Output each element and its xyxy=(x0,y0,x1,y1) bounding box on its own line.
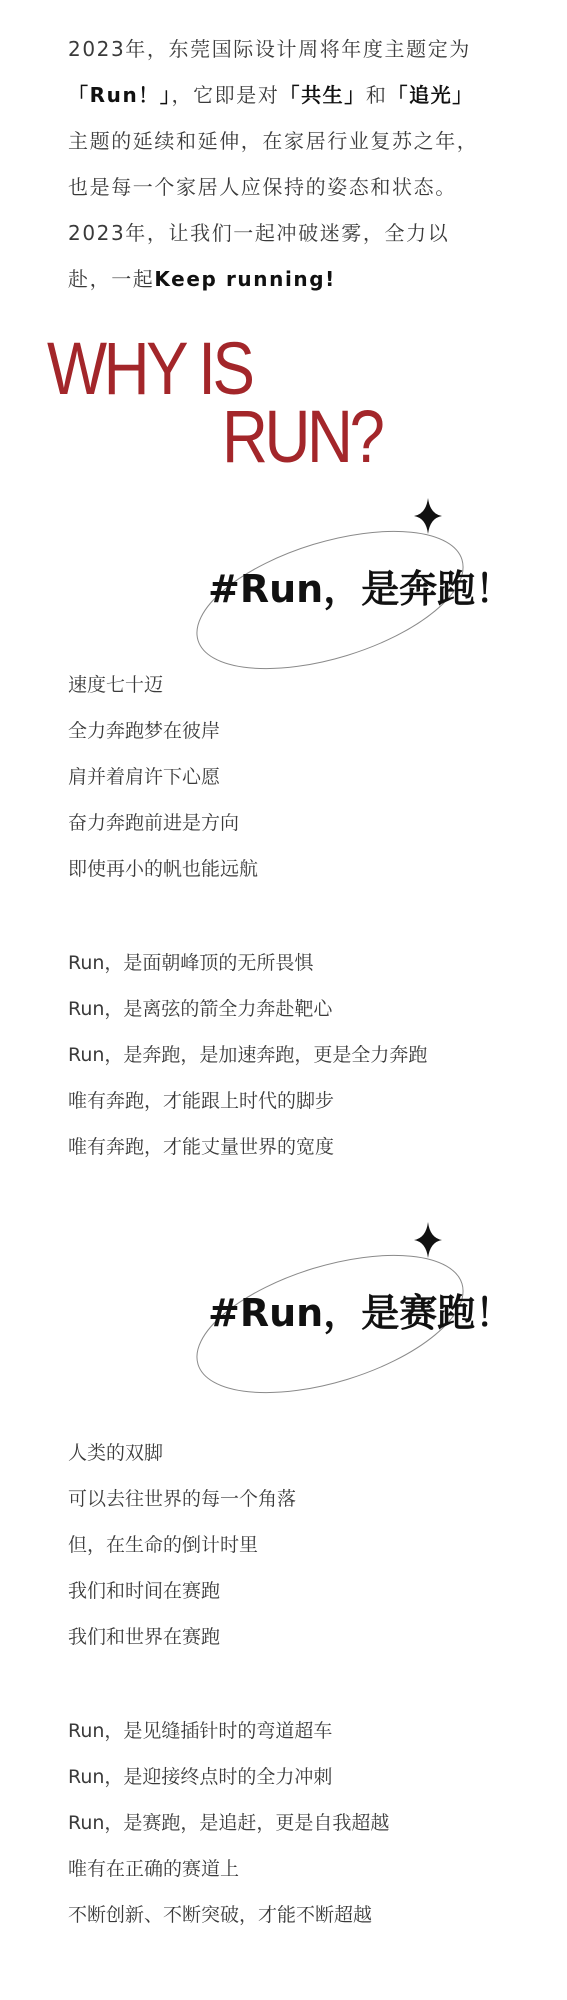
poem-line: Run，是赛跑，是追赶，更是自我超越 xyxy=(68,1800,389,1846)
stanza-gap xyxy=(68,892,427,940)
intro-text: 赴，一起 xyxy=(68,267,154,291)
intro-text: 也是每一个家居人应保持的姿态和状态。 xyxy=(68,175,457,199)
intro-text: 2023年，东莞国际设计周将年度主题定为 xyxy=(68,37,471,61)
intro-paragraph: 2023年，东莞国际设计周将年度主题定为 「Run！」，它即是对「共生」和「追光… xyxy=(68,26,518,302)
intro-line: 「Run！」，它即是对「共生」和「追光」 xyxy=(68,72,518,118)
intro-bold-keep-running: Keep running! xyxy=(154,267,335,291)
poem-line: 速度七十迈 xyxy=(68,662,427,708)
poem-line: Run，是迎接终点时的全力冲刺 xyxy=(68,1754,389,1800)
intro-line: 也是每一个家居人应保持的姿态和状态。 xyxy=(68,164,518,210)
intro-bold-gongsheng: 「共生」 xyxy=(279,83,365,107)
poem-line: 不断创新、不断突破，才能不断超越 xyxy=(68,1892,389,1938)
poem-line: 唯有在正确的赛道上 xyxy=(68,1846,389,1892)
heading-run: RUN? xyxy=(222,402,382,472)
intro-text: 主题的延续和延伸，在家居行业复苏之年， xyxy=(68,129,478,153)
section-badge-racing: #Run，是赛跑！ xyxy=(180,1216,540,1396)
intro-bold-run: 「Run！」 xyxy=(68,83,171,107)
section-title: #Run，是奔跑！ xyxy=(208,558,513,613)
poem-line: 唯有奔跑，才能丈量世界的宽度 xyxy=(68,1124,427,1170)
intro-line: 主题的延续和延伸，在家居行业复苏之年， xyxy=(68,118,518,164)
poem-line: 我们和世界在赛跑 xyxy=(68,1614,389,1660)
poem-section-running: 速度七十迈 全力奔跑梦在彼岸 肩并着肩许下心愿 奋力奔跑前进是方向 即使再小的帆… xyxy=(68,662,427,1170)
poem-line: Run，是见缝插针时的弯道超车 xyxy=(68,1708,389,1754)
intro-line: 2023年，让我们一起冲破迷雾，全力以 xyxy=(68,210,518,256)
poem-line: 唯有奔跑，才能跟上时代的脚步 xyxy=(68,1078,427,1124)
intro-text: ，它即是对 xyxy=(171,83,279,107)
intro-text: 2023年，让我们一起冲破迷雾，全力以 xyxy=(68,221,449,245)
intro-bold-zhuiguang: 「追光」 xyxy=(388,83,474,107)
poem-line: Run，是面朝峰顶的无所畏惧 xyxy=(68,940,427,986)
intro-text: 和 xyxy=(366,83,388,107)
poem-line: Run，是奔跑，是加速奔跑，更是全力奔跑 xyxy=(68,1032,427,1078)
poem-line: 可以去往世界的每一个角落 xyxy=(68,1476,389,1522)
poem-line: 即使再小的帆也能远航 xyxy=(68,846,427,892)
poem-line: 全力奔跑梦在彼岸 xyxy=(68,708,427,754)
stanza-gap xyxy=(68,1660,389,1708)
section-badge-running: #Run，是奔跑！ xyxy=(180,492,540,672)
poem-line: 肩并着肩许下心愿 xyxy=(68,754,427,800)
poem-line: Run，是离弦的箭全力奔赴靶心 xyxy=(68,986,427,1032)
poem-line: 奋力奔跑前进是方向 xyxy=(68,800,427,846)
poem-section-racing: 人类的双脚 可以去往世界的每一个角落 但，在生命的倒计时里 我们和时间在赛跑 我… xyxy=(68,1430,389,1938)
poem-line: 人类的双脚 xyxy=(68,1430,389,1476)
sparkle-star-icon xyxy=(414,498,442,534)
sparkle-star-icon xyxy=(414,1222,442,1258)
intro-line: 赴，一起Keep running! xyxy=(68,256,518,302)
intro-line: 2023年，东莞国际设计周将年度主题定为 xyxy=(68,26,518,72)
section-title: #Run，是赛跑！ xyxy=(208,1282,513,1337)
poem-line: 我们和时间在赛跑 xyxy=(68,1568,389,1614)
poem-line: 但，在生命的倒计时里 xyxy=(68,1522,389,1568)
heading-why-is: WHY IS xyxy=(47,334,252,404)
